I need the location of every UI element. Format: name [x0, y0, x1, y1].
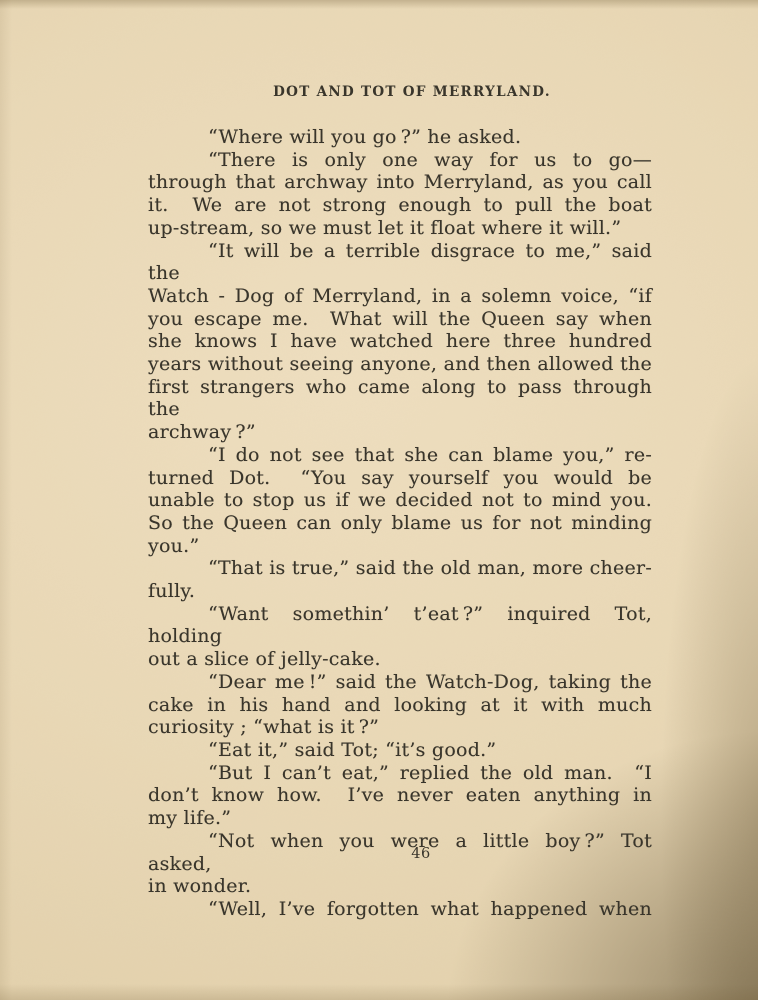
text-line: “But I can’t eat,” replied the old man. …: [148, 762, 652, 785]
text-line: “Want somethin’ t’eat ?” inquired Tot, h…: [148, 603, 652, 648]
text-line: you escape me. What will the Queen say w…: [148, 308, 652, 331]
text-line: “I do not see that she can blame you,” r…: [148, 444, 652, 467]
text-line: So the Queen can only blame us for not m…: [148, 512, 652, 535]
text-line: cake in his hand and looking at it with …: [148, 694, 652, 717]
text-line: up-stream, so we must let it float where…: [148, 217, 652, 240]
text-line: fully.: [148, 580, 652, 603]
text-line: turned Dot. “You say yourself you would …: [148, 467, 652, 490]
text-line: out a slice of jelly-cake.: [148, 648, 652, 671]
body-text: “Where will you go ?” he asked.“There is…: [148, 126, 652, 921]
text-line: “Eat it,” said Tot; “it’s good.”: [148, 739, 652, 762]
text-line: through that archway into Merryland, as …: [148, 171, 652, 194]
page-number: 46: [148, 846, 652, 862]
text-line: it. We are not strong enough to pull the…: [148, 194, 652, 217]
text-line: don’t know how. I’ve never eaten anythin…: [148, 784, 652, 807]
text-line: Watch - Dog of Merryland, in a solemn vo…: [148, 285, 652, 308]
text-line: first strangers who came along to pass t…: [148, 376, 652, 421]
text-line: she knows I have watched here three hund…: [148, 330, 652, 353]
text-line: “Where will you go ?” he asked.: [148, 126, 652, 149]
text-line: archway ?”: [148, 421, 652, 444]
text-line: “There is only one way for us to go—: [148, 149, 652, 172]
book-page-scan: DOT AND TOT OF MERRYLAND. “Where will yo…: [0, 0, 758, 1000]
text-line: years without seeing anyone, and then al…: [148, 353, 652, 376]
text-line: “Well, I’ve forgotten what happened when: [148, 898, 652, 921]
text-line: in wonder.: [148, 875, 652, 898]
text-line: you.”: [148, 535, 652, 558]
text-line: “Dear me !” said the Watch-Dog, taking t…: [148, 671, 652, 694]
running-header: DOT AND TOT OF MERRYLAND.: [148, 84, 652, 100]
text-line: “That is true,” said the old man, more c…: [148, 557, 652, 580]
text-line: my life.”: [148, 807, 652, 830]
text-line: unable to stop us if we decided not to m…: [148, 489, 652, 512]
text-line: curiosity ; “what is it ?”: [148, 716, 652, 739]
text-line: “It will be a terrible disgrace to me,” …: [148, 240, 652, 285]
